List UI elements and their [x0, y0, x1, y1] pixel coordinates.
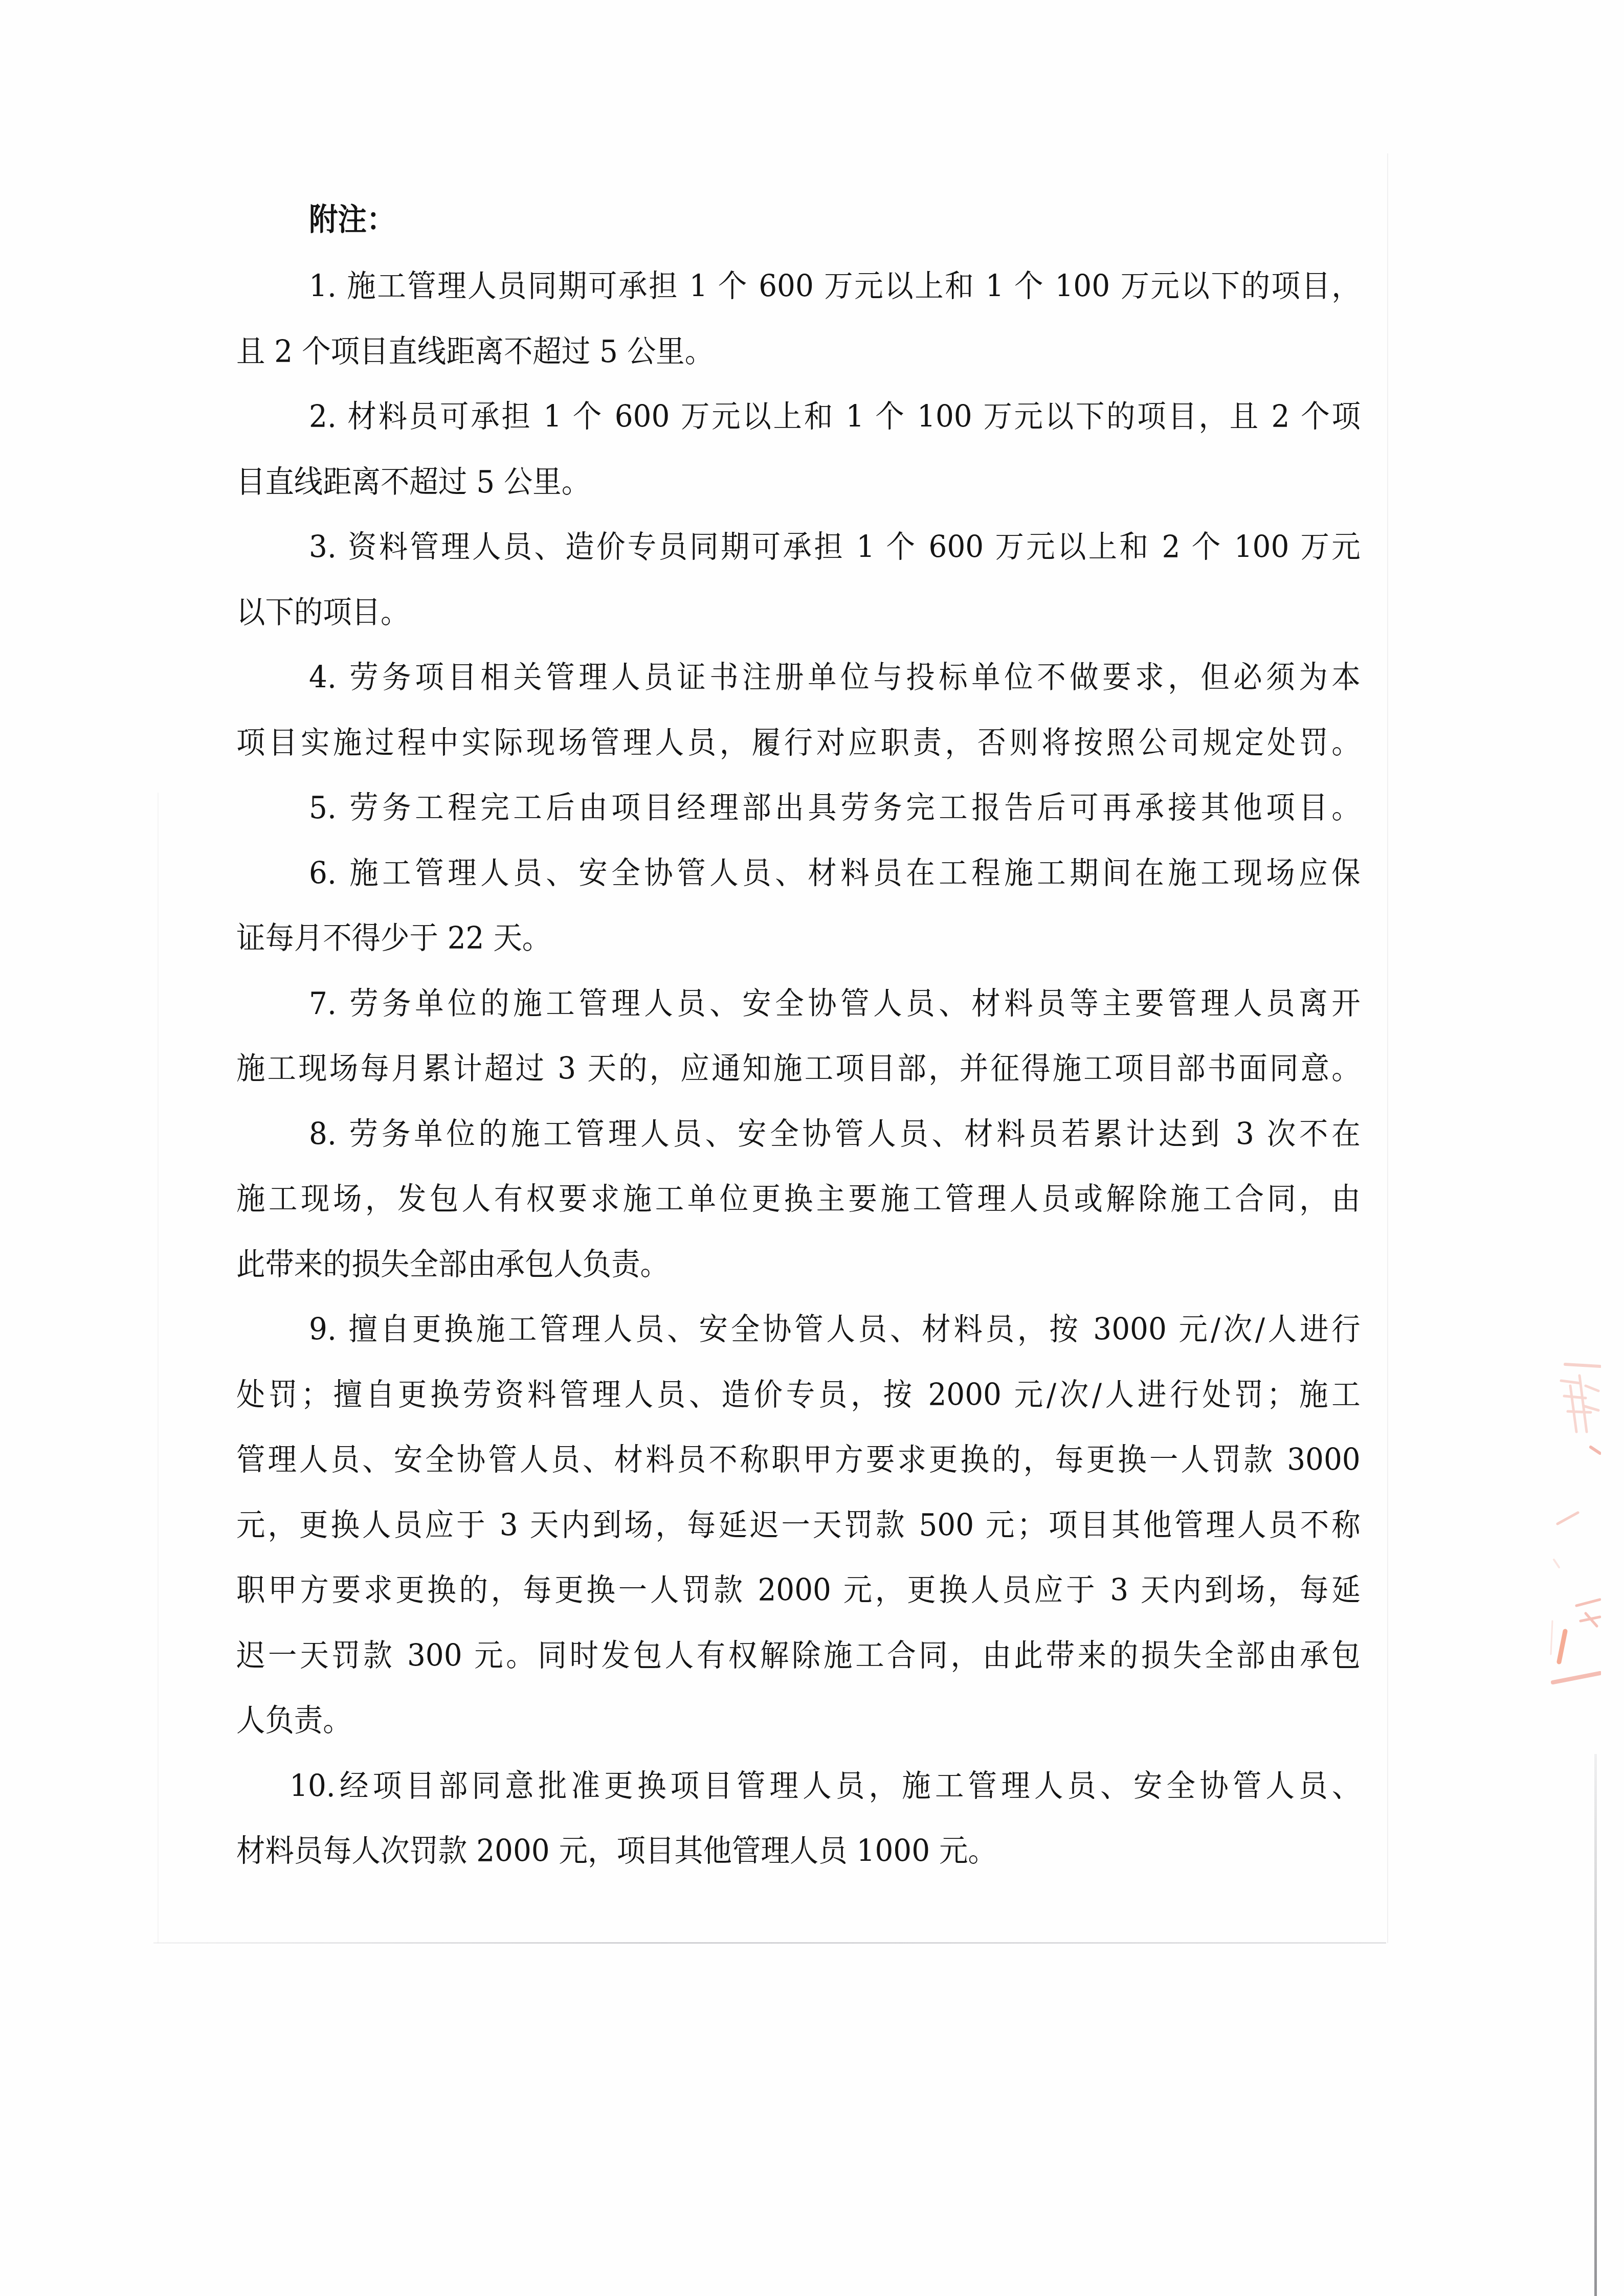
red-seal-fragment-icon [1550, 1355, 1601, 1687]
note-line: 2. 材料员可承担 1 个 600 万元以上和 1 个 100 万元以下的项目，… [309, 396, 1361, 437]
note-line: 3. 资料管理人员、造价专员同期可承担 1 个 600 万元以上和 2 个 10… [309, 527, 1361, 568]
note-line: 4. 劳务项目相关管理人员证书注册单位与投标单位不做要求，但必须为本 [309, 657, 1361, 698]
note-line: 项目实施过程中实际现场管理人员，履行对应职责，否则将按照公司规定处罚。 [236, 723, 1361, 763]
scan-artifact-vertical-line-left [158, 793, 159, 1943]
note-line: 证每月不得少于 22 天。 [236, 918, 551, 959]
note-line: 7. 劳务单位的施工管理人员、安全协管人员、材料员等主要管理人员离开 [309, 983, 1361, 1024]
notes-heading: 附注： [309, 199, 395, 240]
note-line: 人负责。 [236, 1700, 352, 1741]
note-line: 迟一天罚款 300 元。同时发包人有权解除施工合同，由此带来的损失全部由承包 [236, 1635, 1361, 1676]
note-line: 且 2 个项目直线距离不超过 5 公里。 [236, 331, 714, 372]
note-line: 材料员每人次罚款 2000 元，项目其他管理人员 1000 元。 [236, 1831, 997, 1872]
note-line: 施工现场每月累计超过 3 天的，应通知施工项目部，并征得施工项目部书面同意。 [236, 1048, 1361, 1089]
note-line: 管理人员、安全协管人员、材料员不称职甲方要求更换的，每更换一人罚款 3000 [236, 1439, 1361, 1480]
note-line: 1. 施工管理人员同期可承担 1 个 600 万元以上和 1 个 100 万元以… [309, 266, 1361, 307]
note-line: 施工现场，发包人有权要求施工单位更换主要施工管理人员或解除施工合同，由 [236, 1179, 1361, 1220]
note-line: 职甲方要求更换的，每更换一人罚款 2000 元，更换人员应于 3 天内到场，每延 [236, 1570, 1361, 1611]
note-line: 元，更换人员应于 3 天内到场，每延迟一天罚款 500 元；项目其他管理人员不称 [236, 1505, 1361, 1546]
note-line: 以下的项目。 [236, 592, 409, 633]
scan-artifact-vertical-line [1387, 153, 1388, 1943]
note-line: 5. 劳务工程完工后由项目经理部出具劳务完工报告后可再承接其他项目。 [309, 787, 1361, 828]
note-line: 10.经项目部同意批准更换项目管理人员，施工管理人员、安全协管人员、 [290, 1766, 1361, 1807]
note-line: 6. 施工管理人员、安全协管人员、材料员在工程施工期间在施工现场应保 [309, 853, 1361, 894]
note-line: 此带来的损失全部由承包人负责。 [236, 1244, 669, 1285]
paper-edge-shadow [1594, 1754, 1597, 2296]
note-line: 目直线距离不超过 5 公里。 [236, 462, 590, 503]
note-line: 9. 擅自更换施工管理人员、安全协管人员、材料员，按 3000 元/次/人进行 [309, 1309, 1361, 1350]
scan-artifact-horizontal-line [153, 1942, 1386, 1944]
note-line: 8. 劳务单位的施工管理人员、安全协管人员、材料员若累计达到 3 次不在 [309, 1114, 1361, 1155]
scanned-document-page: 附注： 1. 施工管理人员同期可承担 1 个 600 万元以上和 1 个 100… [0, 0, 1624, 2296]
note-line: 处罚；擅自更换劳资料管理人员、造价专员，按 2000 元/次/人进行处罚；施工 [236, 1375, 1361, 1415]
